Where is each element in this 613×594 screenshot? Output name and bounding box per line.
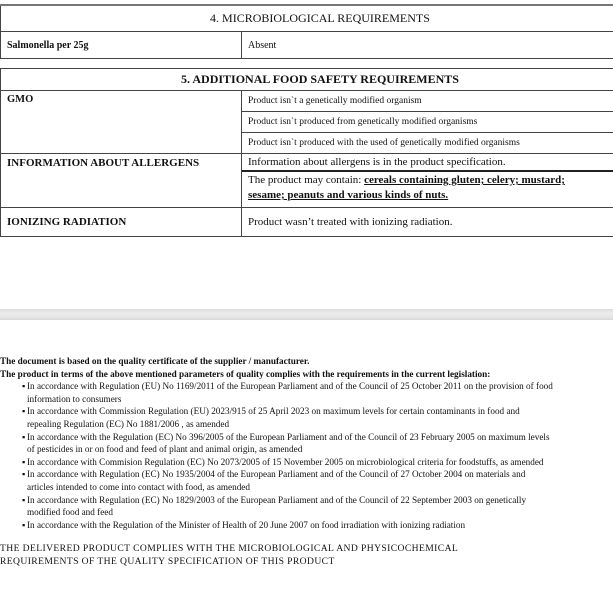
parameter-salmonella: Salmonella per 25g: [1, 32, 242, 59]
allergens-spec-note: Information about allergens is in the pr…: [242, 154, 613, 172]
regulation-text: In accordance with Regulation (EU) No 11…: [27, 381, 553, 404]
conclusion-line-2: REQUIREMENTS OF THE QUALITY SPECIFICATIO…: [0, 556, 335, 567]
section-5-title: 5. ADDITIONAL FOOD SAFETY REQUIREMENTS: [1, 69, 613, 91]
regulation-text: In accordance with the Regulation (EC) N…: [27, 432, 550, 455]
list-item: ▪In accordance with the Regulation (EC) …: [0, 431, 553, 456]
basis-bold: manufacturer: [254, 356, 308, 366]
allergens-may-contain: The product may contain: cereals contain…: [242, 172, 613, 205]
gmo-value-3: Product isn`t produced with the used of …: [242, 133, 613, 154]
regulation-text: In accordance with Commission Regulation…: [27, 406, 520, 429]
table-row: GMO Product isn`t a genetically modified…: [1, 91, 613, 112]
gmo-value-1: Product isn`t a genetically modified org…: [242, 91, 613, 112]
bullet-icon: ▪: [22, 468, 25, 481]
microbiological-requirements-table: 4. MICROBIOLOGICAL REQUIREMENTS Salmonel…: [0, 4, 613, 59]
regulation-text: In accordance with Regulation (EC) No 19…: [27, 469, 525, 492]
list-item: ▪In accordance with Commission Regulatio…: [0, 405, 553, 430]
gmo-value-2: Product isn`t produced from genetically …: [242, 112, 613, 133]
regulation-list: ▪In accordance with Regulation (EU) No 1…: [0, 380, 613, 531]
table-row: Salmonella per 25g Absent: [1, 32, 613, 59]
bullet-icon: ▪: [22, 494, 25, 507]
list-item: ▪In accordance with Regulation (EC) No 1…: [0, 468, 553, 493]
basis-statement: The document is based on the quality cer…: [0, 355, 613, 368]
conclusion-line-1: THE DELIVERED PRODUCT COMPLIES WITH THE …: [0, 543, 458, 554]
compliance-intro: The product in terms of the above mentio…: [0, 368, 613, 381]
list-item: ▪In accordance with Regulation (EC) No 1…: [0, 494, 553, 519]
list-item: ▪In accordance with Commision Regulation…: [0, 456, 553, 469]
bullet-icon: ▪: [22, 431, 25, 444]
bullet-icon: ▪: [22, 380, 25, 393]
basis-suffix: .: [307, 356, 309, 366]
allergens-list-b: sesame; peanuts and various kinds of nut…: [248, 189, 448, 201]
table-row: INFORMATION ABOUT ALLERGENS Information …: [1, 154, 613, 208]
basis-prefix: The document is based on the quality cer…: [0, 356, 254, 366]
bullet-icon: ▪: [22, 456, 25, 469]
table-row: IONIZING RADIATION Product wasn’t treate…: [1, 208, 613, 237]
footer-text: The document is based on the quality cer…: [0, 355, 613, 568]
bullet-icon: ▪: [22, 519, 25, 532]
allergens-label: INFORMATION ABOUT ALLERGENS: [1, 154, 242, 208]
list-item: ▪In accordance with the Regulation of th…: [0, 519, 553, 532]
bullet-icon: ▪: [22, 405, 25, 418]
regulation-text: In accordance with Commision Regulation …: [27, 457, 544, 467]
gmo-label: GMO: [1, 91, 242, 154]
compliance-conclusion: THE DELIVERED PRODUCT COMPLIES WITH THE …: [0, 543, 613, 568]
section-4-title: 4. MICROBIOLOGICAL REQUIREMENTS: [1, 5, 613, 32]
additional-food-safety-table: 5. ADDITIONAL FOOD SAFETY REQUIREMENTS G…: [0, 68, 613, 237]
page-separator: [0, 309, 613, 320]
ionizing-label: IONIZING RADIATION: [1, 208, 242, 237]
value-salmonella: Absent: [242, 32, 613, 59]
allergens-value: Information about allergens is in the pr…: [242, 154, 613, 208]
list-item: ▪In accordance with Regulation (EU) No 1…: [0, 380, 553, 405]
regulation-text: In accordance with Regulation (EC) No 18…: [27, 495, 526, 518]
regulation-text: In accordance with the Regulation of the…: [27, 520, 465, 530]
allergens-list-a: cereals containing gluten; celery; musta…: [364, 174, 565, 186]
ionizing-value: Product wasn’t treated with ionizing rad…: [242, 208, 613, 237]
allergens-prefix: The product may contain:: [248, 174, 364, 186]
